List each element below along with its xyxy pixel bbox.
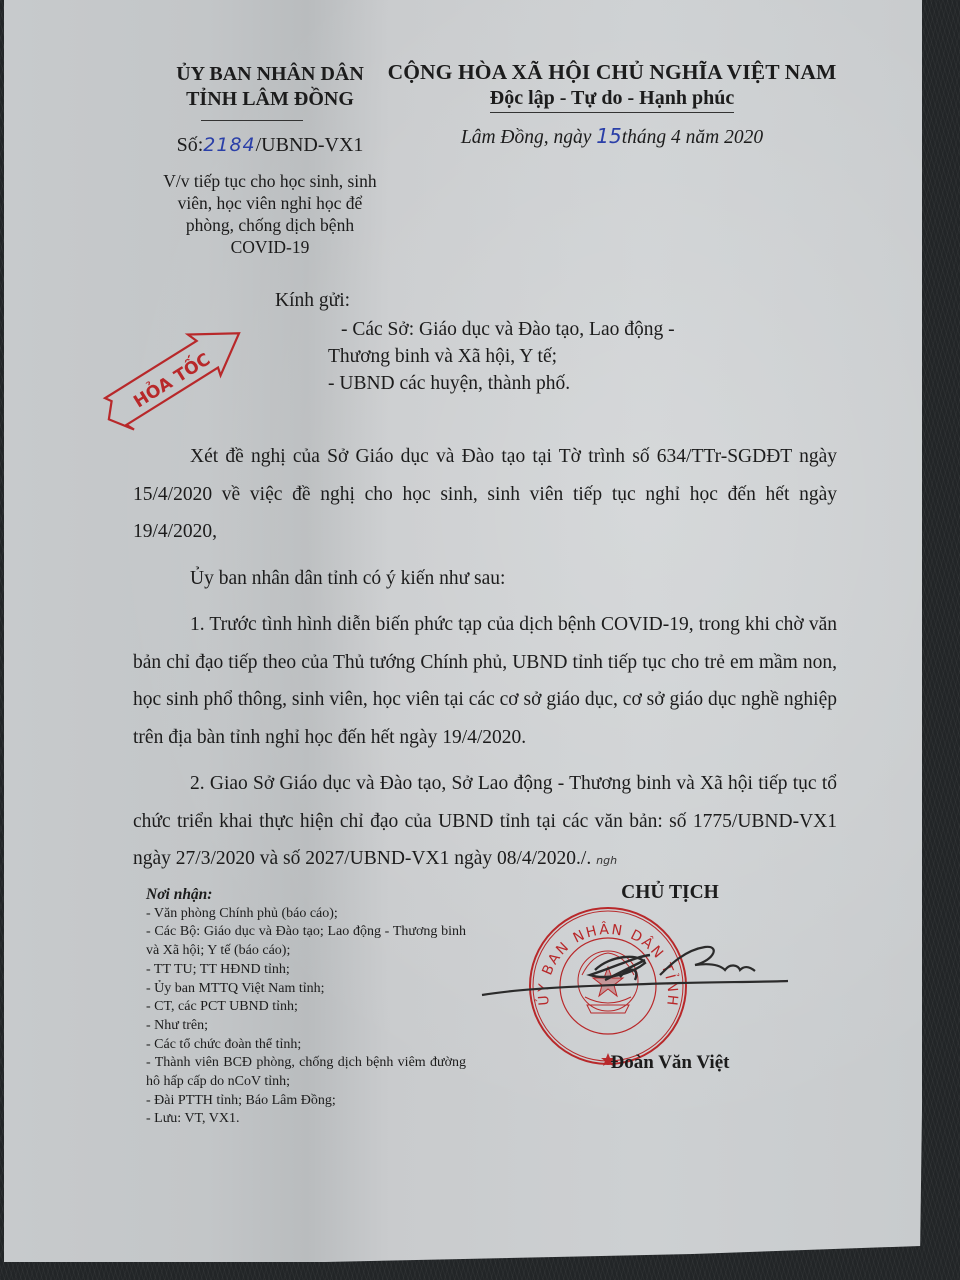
distribution-list: Nơi nhận: - Văn phòng Chính phủ (báo cáo… (146, 886, 466, 1129)
recipient-list: - Các Sở: Giáo dục và Đào tạo, Lao động … (328, 316, 675, 397)
distribution-item: - Các tổ chức đoàn thể tỉnh; (146, 1036, 466, 1055)
distribution-item: - Thành viên BCĐ phòng, chống dịch bệnh … (146, 1054, 466, 1091)
document-body: Xét đề nghị của Sở Giáo dục và Đào tạo t… (133, 438, 837, 889)
distribution-item: - Đài PTTH tỉnh; Báo Lâm Đồng; (146, 1092, 466, 1111)
handwritten-number: 2184 (203, 134, 255, 156)
signer-name: Đoàn Văn Việt (540, 1052, 800, 1074)
body-paragraph-intro: Xét đề nghị của Sở Giáo dục và Đào tạo t… (133, 438, 837, 551)
distribution-item: - CT, các PCT UBND tỉnh; (146, 998, 466, 1017)
document-subject: V/v tiếp tục cho học sinh, sinh viên, họ… (145, 170, 395, 258)
agency-divider (201, 120, 303, 121)
distribution-item: - Như trên; (146, 1017, 466, 1036)
body-paragraph-item-2: 2. Giao Sở Giáo dục và Đào tạo, Sở Lao đ… (133, 765, 837, 880)
body-paragraph-opinion: Ủy ban nhân dân tỉnh có ý kiến như sau: (133, 560, 837, 598)
distribution-item: - TT TU; TT HĐND tỉnh; (146, 961, 466, 980)
initials-mark: ngh (596, 854, 617, 867)
distribution-title: Nơi nhận: (146, 886, 466, 905)
handwritten-day: 15 (596, 124, 621, 148)
national-title: CỘNG HÒA XÃ HỘI CHỦ NGHĨA VIỆT NAM (372, 60, 852, 85)
recipient-line: - Các Sở: Giáo dục và Đào tạo, Lao động … (328, 316, 675, 343)
recipient-line: Thương binh và Xã hội, Y tế; (328, 343, 675, 370)
national-motto: Độc lập - Tự do - Hạnh phúc (372, 87, 852, 110)
distribution-item: - Các Bộ: Giáo dục và Đào tạo; Lao động … (146, 923, 466, 960)
signer-title: CHỦ TỊCH (540, 882, 800, 904)
distribution-item: - Lưu: VT, VX1. (146, 1110, 466, 1129)
recipient-line: - UBND các huyện, thành phố. (328, 370, 675, 397)
dateline: Lâm Đồng, ngày 15tháng 4 năm 2020 (372, 124, 852, 149)
distribution-item: - Văn phòng Chính phủ (báo cáo); (146, 905, 466, 924)
recipient-label: Kính gửi: (275, 290, 350, 312)
body-paragraph-item-1: 1. Trước tình hình diễn biến phức tạp củ… (133, 606, 837, 756)
urgent-arrow-stamp-icon: HỎA TỐC (90, 318, 260, 433)
handwritten-signature-icon (470, 935, 790, 1015)
distribution-item: - Ủy ban MTTQ Việt Nam tỉnh; (146, 980, 466, 999)
